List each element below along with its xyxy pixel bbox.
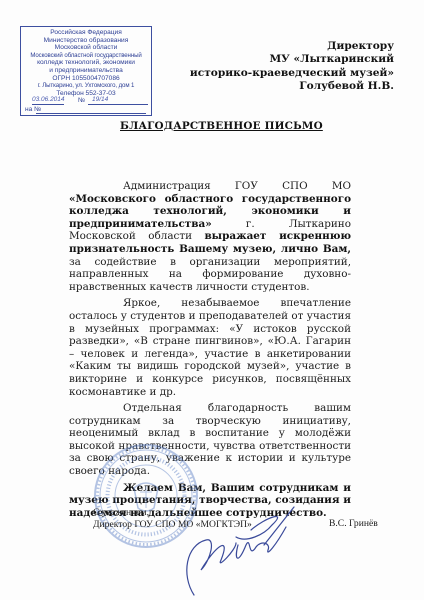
organization-letterhead-stamp: Российская Федерация Министерство образо… [20,26,152,116]
addressee-line: историко-краеведческий музей» [190,67,394,80]
closing-block: С уважением, Директор ГОУ СПО МО «МОГКТЭ… [93,507,252,530]
number-label: № [78,97,85,105]
stamp-line: и предпринимательства [21,67,151,75]
paragraph-staff-thanks: Отдельная благодарность вашим сотрудника… [69,402,351,478]
paragraph-programs: Яркое, незабываемое впечатление осталось… [69,297,351,398]
addressee-line: МУ «Лыткаринский [190,53,394,66]
reply-to-line: на № [24,106,148,114]
letter-body: Администрация ГОУ СПО МО «Московского об… [69,180,351,523]
reply-to-underline [36,113,146,114]
letter-page: Российская Федерация Министерство образо… [0,0,424,600]
registration-line: 03.06.2014 № 19/14 [24,97,148,106]
regards-text: С уважением, [93,507,252,519]
addressee-block: Директору МУ «Лыткаринский историко-крае… [190,40,394,93]
text-run: за содействие в организации мероприятий,… [69,256,351,293]
registration-date: 03.06.2014 [32,96,64,105]
stamp-line: колледж технологий, экономики [21,59,151,67]
signer-position: Директор ГОУ СПО МО «МОГКТЭП» [93,519,252,531]
addressee-line: Голубевой Н.В. [190,80,394,93]
text-run: Администрация ГОУ СПО МО [123,180,351,192]
stamp-line: г. Лыткарино, ул. Ухтомского, дом 1 [21,82,151,90]
signer-name: В.С. Гринёв [329,518,378,529]
addressee-line: Директору [190,40,394,53]
stamp-line: Московской области [21,44,151,52]
stamp-line: Российская Федерация [21,29,151,37]
stamp-line: ОГРН 1055004707086 [21,75,151,83]
registration-number: 19/14 [88,96,148,105]
letter-title: БЛАГОДАРСТВЕННОЕ ПИСЬМО [120,120,323,132]
paragraph-gratitude: Администрация ГОУ СПО МО «Московского об… [69,180,351,293]
